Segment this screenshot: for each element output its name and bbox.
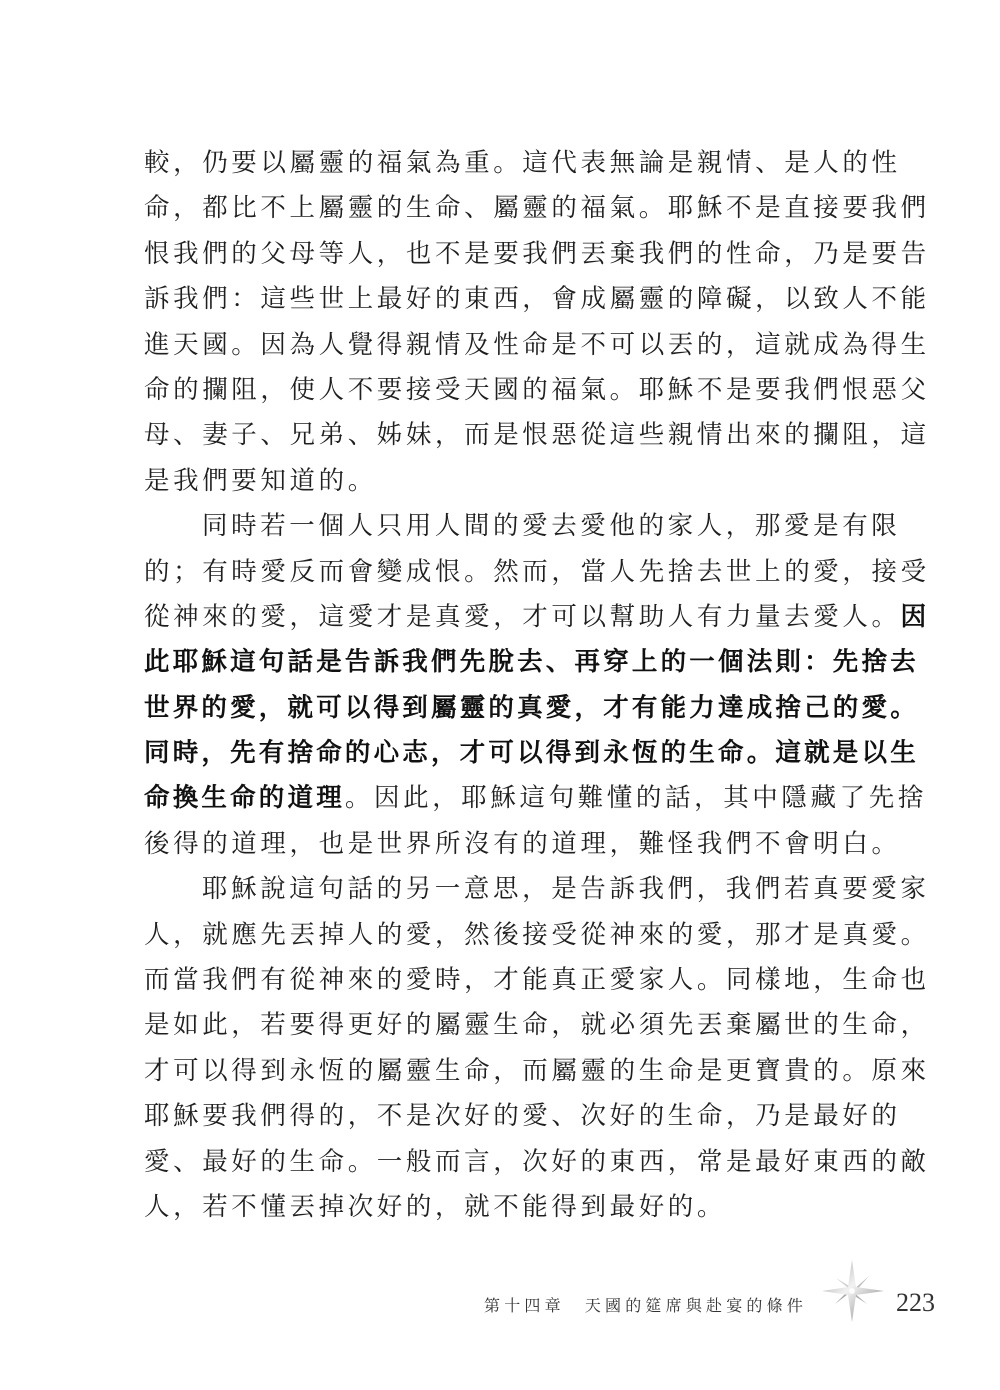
text-run: 從神來的愛，這愛才是真愛，才可以幫助人有力量去愛人。 xyxy=(144,602,901,632)
text-line: 後得的道理，也是世界所沒有的道理，難怪我們不會明白。 xyxy=(144,822,856,867)
text-line: 人，就應先丟掉人的愛，然後接受從神來的愛，那才是真愛。 xyxy=(144,913,856,958)
chapter-title: 天國的筵席與赴宴的條件 xyxy=(585,1296,807,1315)
text-line: 恨我們的父母等人，也不是要我們丟棄我們的性命，乃是要告 xyxy=(144,232,856,277)
emphasized-text: 世界的愛，就可以得到屬靈的真愛，才有能力達成捨己的愛。 xyxy=(144,693,919,723)
text-line: 命，都比不上屬靈的生命、屬靈的福氣。耶穌不是直接要我們 xyxy=(144,186,856,231)
text-line: 進天國。因為人覺得親情及性命是不可以丟的，這就成為得生 xyxy=(144,323,856,368)
emphasized-text: 此耶穌這句話是告訴我們先脫去、再穿上的一個法則：先捨去 xyxy=(144,647,919,677)
text-line: 訴我們：這些世上最好的東西，會成屬靈的障礙，以致人不能 xyxy=(144,277,856,322)
page-number: 223 xyxy=(896,1288,935,1318)
paragraph-1: 較，仍要以屬靈的福氣為重。這代表無論是親情、是人的性 命，都比不上屬靈的生命、屬… xyxy=(144,141,856,504)
text-line: 從神來的愛，這愛才是真愛，才可以幫助人有力量去愛人。因 xyxy=(144,595,856,640)
text-line: 人，若不懂丟掉次好的，就不能得到最好的。 xyxy=(144,1185,856,1230)
text-line: 而當我們有從神來的愛時，才能真正愛家人。同樣地，生命也 xyxy=(144,958,856,1003)
text-line: 是如此，若要得更好的屬靈生命，就必須先丟棄屬世的生命， xyxy=(144,1003,856,1048)
text-line: 較，仍要以屬靈的福氣為重。這代表無論是親情、是人的性 xyxy=(144,141,856,186)
emphasized-text: 因 xyxy=(901,602,930,632)
emphasized-text: 同時，先有捨命的心志，才可以得到永恆的生命。這就是以生 xyxy=(144,738,919,768)
running-head: 第十四章天國的筵席與赴宴的條件 xyxy=(484,1293,807,1316)
text-line: 耶穌說這句話的另一意思，是告訴我們，我們若真要愛家 xyxy=(144,867,856,912)
text-line: 此耶穌這句話是告訴我們先脫去、再穿上的一個法則：先捨去 xyxy=(144,640,856,685)
book-page: 較，仍要以屬靈的福氣為重。這代表無論是親情、是人的性 命，都比不上屬靈的生命、屬… xyxy=(0,0,1000,1390)
text-line: 愛、最好的生命。一般而言，次好的東西，常是最好東西的敵 xyxy=(144,1140,856,1185)
text-line: 同時若一個人只用人間的愛去愛他的家人，那愛是有限 xyxy=(144,504,856,549)
emphasized-text: 命換生命的道理 xyxy=(144,783,345,813)
paragraph-3: 耶穌說這句話的另一意思，是告訴我們，我們若真要愛家 人，就應先丟掉人的愛，然後接… xyxy=(144,867,856,1230)
text-line: 同時，先有捨命的心志，才可以得到永恆的生命。這就是以生 xyxy=(144,731,856,776)
text-run: 。因此，耶穌這句難懂的話，其中隱藏了先捨 xyxy=(345,783,927,813)
chapter-label: 第十四章 xyxy=(484,1296,565,1315)
body-text: 較，仍要以屬靈的福氣為重。這代表無論是親情、是人的性 命，都比不上屬靈的生命、屬… xyxy=(144,141,856,1230)
text-line: 母、妻子、兄弟、姊妹，而是恨惡從這些親情出來的攔阻，這 xyxy=(144,413,856,458)
text-line: 是我們要知道的。 xyxy=(144,459,856,504)
text-line: 命換生命的道理。因此，耶穌這句難懂的話，其中隱藏了先捨 xyxy=(144,776,856,821)
text-line: 的；有時愛反而會變成恨。然而，當人先捨去世上的愛，接受 xyxy=(144,550,856,595)
text-line: 世界的愛，就可以得到屬靈的真愛，才有能力達成捨己的愛。 xyxy=(144,686,856,731)
text-line: 耶穌要我們得的，不是次好的愛、次好的生命，乃是最好的 xyxy=(144,1094,856,1139)
paragraph-2: 同時若一個人只用人間的愛去愛他的家人，那愛是有限 的；有時愛反而會變成恨。然而，… xyxy=(144,504,856,867)
text-line: 才可以得到永恆的屬靈生命，而屬靈的生命是更寶貴的。原來 xyxy=(144,1049,856,1094)
text-line: 命的攔阻，使人不要接受天國的福氣。耶穌不是要我們恨惡父 xyxy=(144,368,856,413)
sparkle-star-icon xyxy=(818,1258,886,1324)
